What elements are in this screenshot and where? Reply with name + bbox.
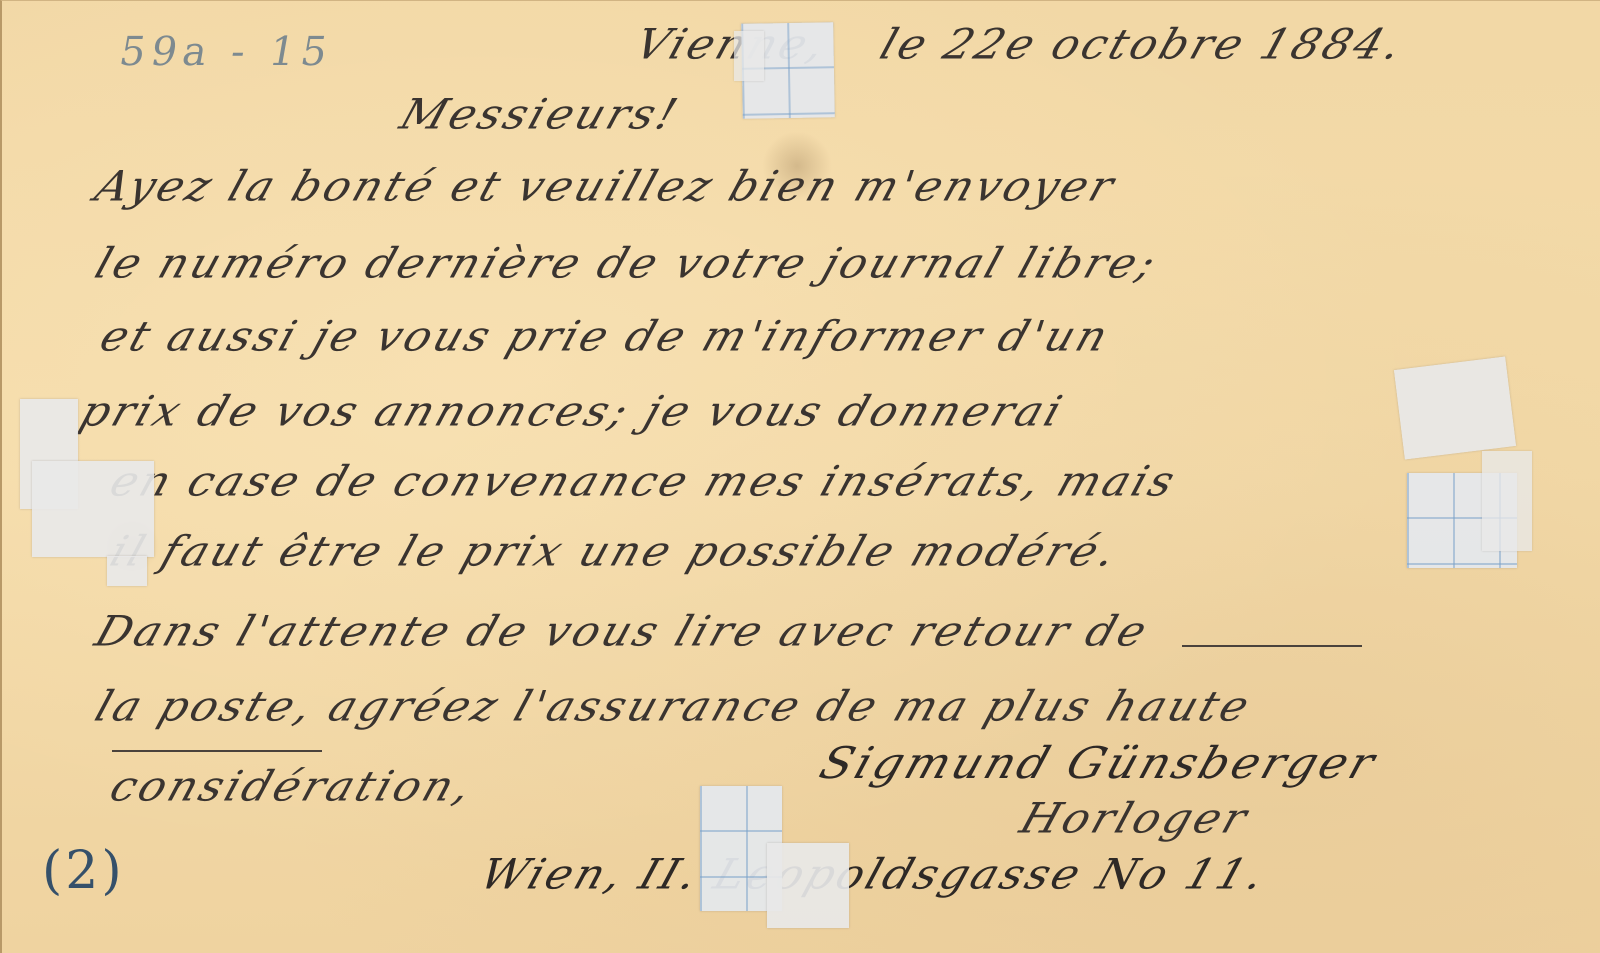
mounting-hinge-left-2 (32, 461, 154, 557)
mounting-hinge-bottom-2 (767, 843, 849, 928)
mounting-hinge-right (1394, 357, 1516, 460)
body-line-4: prix de vos annonces; je vous donnerai (74, 387, 1070, 435)
header-date: le 22e octobre 1884. (874, 20, 1410, 68)
body-line-2: le numéro dernière de votre journal libr… (89, 239, 1164, 287)
body-line-9: considération, (104, 762, 480, 810)
body-line-7: Dans l'attente de vous lire avec retour … (89, 607, 1155, 655)
salutation: Messieurs! (394, 90, 686, 138)
signature-address: Wien, II. Leopoldsgasse No 11. (474, 850, 1273, 898)
body-line-3: et aussi je vous prie de m'informer d'un (94, 312, 1116, 360)
body-line-1: Ayez la bonté et veuillez bien m'envoyer (89, 162, 1122, 210)
body-line-6: il faut être le prix une possible modéré… (104, 527, 1125, 575)
underline-la-poste (112, 750, 322, 752)
postcard: 59a - 15 Vienne, le 22e octobre 1884. Me… (0, 0, 1600, 953)
body-line-8: la poste, agréez l'assurance de ma plus … (89, 682, 1258, 730)
underline-retour-de (1182, 645, 1362, 647)
mounting-hinge-right-under (1482, 451, 1532, 551)
signature-name: Sigmund Günsberger (814, 737, 1384, 788)
body-line-5: en case de convenance mes insérats, mais (104, 457, 1183, 505)
pencil-annotation-top: 59a - 15 (116, 29, 337, 75)
signature-title: Horloger (1014, 794, 1255, 842)
blue-annotation-bottom: (2) (42, 841, 125, 901)
mounting-hinge-left-3 (107, 556, 147, 586)
mounting-hinge-top-under (734, 31, 764, 81)
